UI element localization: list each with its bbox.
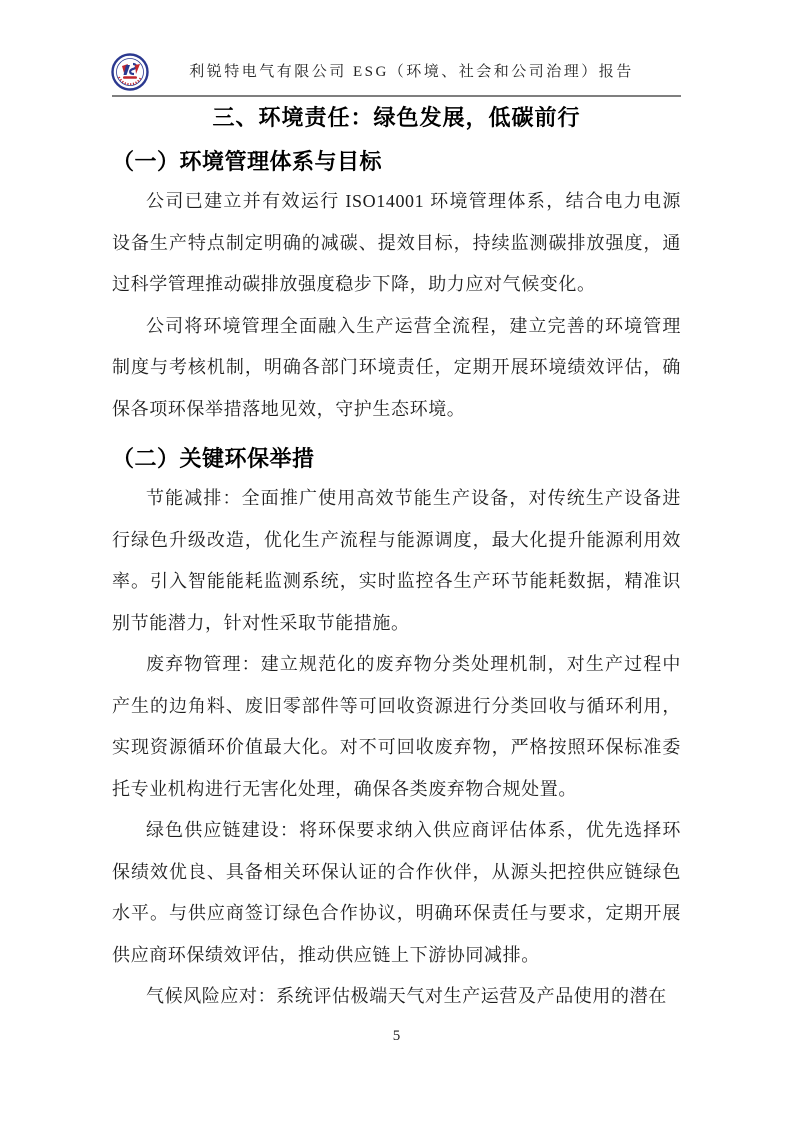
chapter-title: 三、环境责任：绿色发展，低碳前行	[112, 103, 681, 133]
document-body: 三、环境责任：绿色发展，低碳前行 （一）环境管理体系与目标 公司已建立并有效运行…	[112, 103, 681, 1018]
header-report-title: 利锐特电气有限公司 ESG（环境、社会和公司治理）报告	[130, 60, 693, 81]
page-number: 5	[0, 1028, 793, 1045]
body-paragraph: 公司已建立并有效运行 ISO14001 环境管理体系，结合电力电源设备生产特点制…	[112, 181, 681, 306]
document-page: 利锐特电气有限公司 ESG（环境、社会和公司治理）报告 三、环境责任：绿色发展，…	[0, 0, 793, 1121]
body-paragraph: 绿色供应链建设：将环保要求纳入供应商评估体系，优先选择环保绩效优良、具备相关环保…	[112, 810, 681, 976]
section-heading-1: （一）环境管理体系与目标	[112, 148, 681, 175]
body-paragraph: 节能减排：全面推广使用高效节能生产设备，对传统生产设备进行绿色升级改造，优化生产…	[112, 478, 681, 644]
header-divider	[112, 95, 681, 97]
body-paragraph: 气候风险应对：系统评估极端天气对生产运营及产品使用的潜在	[112, 976, 681, 1018]
body-paragraph: 废弃物管理：建立规范化的废弃物分类处理机制，对生产过程中产生的边角料、废旧零部件…	[112, 644, 681, 810]
section-heading-2: （二）关键环保举措	[112, 445, 681, 472]
body-paragraph: 公司将环境管理全面融入生产运营全流程，建立完善的环境管理制度与考核机制，明确各部…	[112, 306, 681, 431]
